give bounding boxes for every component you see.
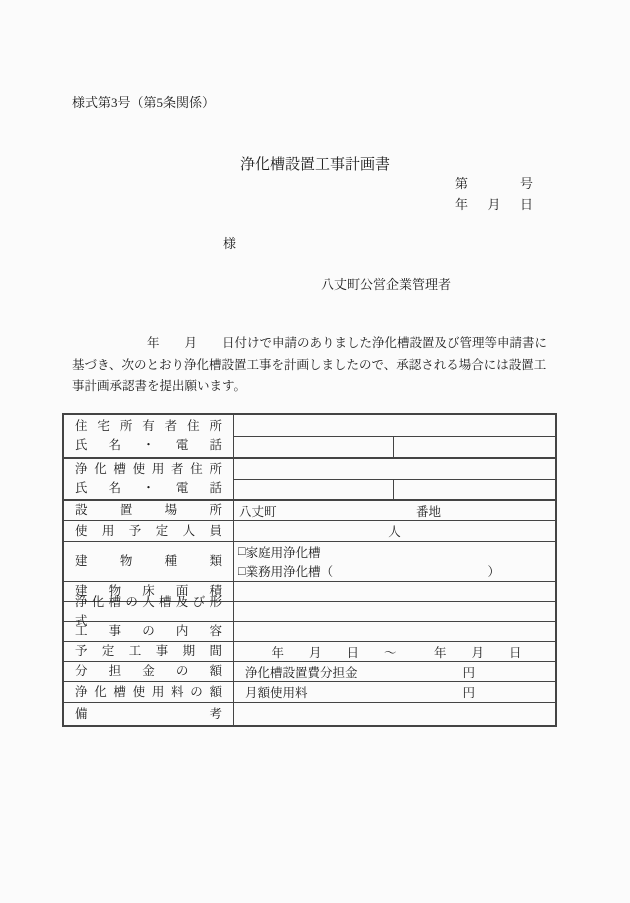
contribution-label: 分 担 金 の 額 xyxy=(64,662,234,681)
row-label-line: 浄 化 槽 使 用 料 の 額 xyxy=(75,683,222,702)
business-option-label: 業務用浄化槽（ xyxy=(246,562,334,580)
form-number-label: 様式第3号（第5条関係） xyxy=(72,95,215,110)
body-line: 年 月 日付けで申請のありました浄化槽設置及び管理等申請書に xyxy=(72,333,554,355)
business-checkbox-icon: □ xyxy=(238,564,246,579)
date-month-label: 月 xyxy=(487,197,500,212)
work-content-label: 工 事 の 内 容 xyxy=(64,622,234,641)
septic-user-label: 浄 化 槽 使 用 者 住 所 氏 名 ・ 電 話 xyxy=(64,459,234,499)
body-paragraph: 年 月 日付けで申請のありました浄化槽設置及び管理等申請書に 基づき、次のとおり… xyxy=(72,333,554,398)
table-row-usage-fee: 浄 化 槽 使 用 料 の 額 月額使用料 円 xyxy=(64,681,555,702)
table-row-tank-capacity-type: 浄 化 槽 の 人 槽 及 び 形 式 xyxy=(64,601,555,621)
building-type-options: □ 家庭用浄化槽 □ 業務用浄化槽（ ） xyxy=(234,542,555,581)
septic-user-fields xyxy=(234,459,555,499)
household-option: □ 家庭用浄化槽 xyxy=(234,542,555,562)
issuer-name: 八丈町公営企業管理者 xyxy=(321,277,451,292)
row-label-line: 備 考 xyxy=(75,705,222,724)
building-type-label: 建 物 種 類 xyxy=(64,542,234,581)
usage-fee-label: 浄 化 槽 使 用 料 の 額 xyxy=(64,682,234,702)
yen-unit-label: 円 xyxy=(462,683,475,701)
date-day-label: 日 xyxy=(520,197,533,212)
table-row-building-type: 建 物 種 類 □ 家庭用浄化槽 □ 業務用浄化槽（ ） xyxy=(64,541,555,581)
doc-number-line: 第 号 xyxy=(455,176,533,191)
tank-capacity-type-label: 浄 化 槽 の 人 槽 及 び 形 式 xyxy=(64,602,234,621)
monthly-fee-label: 月額使用料 xyxy=(245,683,308,701)
location-lot-suffix: 番地 xyxy=(416,502,441,520)
install-location-label: 設 置 場 所 xyxy=(64,501,234,520)
work-period-label: 予 定 工 事 期 間 xyxy=(64,642,234,661)
row-label-line: 浄 化 槽 使 用 者 住 所 xyxy=(75,460,222,479)
user-name-field xyxy=(234,480,394,500)
housing-owner-label: 住 宅 所 有 者 住 所 氏 名 ・ 電 話 xyxy=(64,415,234,457)
floor-area-field xyxy=(234,582,555,601)
body-line: 基づき、次のとおり浄化槽設置工事を計画しましたので、承認される場合には設置工 xyxy=(72,355,554,377)
table-row-planned-users: 使 用 予 定 人 員 人 xyxy=(64,520,555,541)
row-label-line: 設 置 場 所 xyxy=(75,501,222,520)
row-label-line: 使 用 予 定 人 員 xyxy=(75,522,222,541)
document-title: 浄化槽設置工事計画書 xyxy=(0,153,630,174)
planned-users-value: 人 xyxy=(234,521,555,541)
document-page: { "colors": { "text": "#1c1c1c", "border… xyxy=(0,0,630,903)
row-label-line: 予 定 工 事 期 間 xyxy=(75,642,222,661)
tank-capacity-type-field xyxy=(234,602,555,621)
date-line: 年 月 日 xyxy=(455,197,533,212)
table-row-work-content: 工 事 の 内 容 xyxy=(64,621,555,641)
plan-table: 住 宅 所 有 者 住 所 氏 名 ・ 電 話 浄 化 槽 使 用 者 住 所 … xyxy=(62,413,557,727)
addressee-honorific: 様 xyxy=(223,236,236,251)
table-row-remarks: 備 考 xyxy=(64,702,555,725)
table-row-work-period: 予 定 工 事 期 間 年 月 日 ～ 年 月 日 xyxy=(64,641,555,661)
usage-fee-value: 月額使用料 円 xyxy=(234,682,555,702)
yen-unit-label: 円 xyxy=(462,663,475,681)
owner-name-phone-row xyxy=(234,437,555,458)
doc-number-prefix: 第 xyxy=(455,176,468,191)
remarks-field xyxy=(234,703,555,725)
household-checkbox-icon: □ xyxy=(238,544,246,559)
contribution-value: 浄化槽設置費分担金 円 xyxy=(234,662,555,681)
work-period-value: 年 月 日 ～ 年 月 日 xyxy=(234,642,555,661)
table-row-septic-user: 浄 化 槽 使 用 者 住 所 氏 名 ・ 電 話 xyxy=(64,457,555,499)
owner-name-field xyxy=(234,437,394,458)
contribution-fee-label: 浄化槽設置費分担金 xyxy=(245,663,358,681)
planned-users-label: 使 用 予 定 人 員 xyxy=(64,521,234,541)
owner-phone-field xyxy=(394,437,555,458)
user-name-phone-row xyxy=(234,480,555,500)
household-option-label: 家庭用浄化槽 xyxy=(246,543,321,561)
date-year-label: 年 xyxy=(455,197,468,212)
row-label-line: 住 宅 所 有 者 住 所 xyxy=(75,417,222,436)
user-address-field xyxy=(234,459,555,480)
install-location-value: 八丈町 番地 xyxy=(234,501,555,520)
table-row-install-location: 設 置 場 所 八丈町 番地 xyxy=(64,499,555,520)
location-town-prefix: 八丈町 xyxy=(239,502,277,520)
housing-owner-fields xyxy=(234,415,555,457)
row-label-line: 工 事 の 内 容 xyxy=(75,622,222,641)
row-label-line: 建 物 種 類 xyxy=(75,552,222,571)
body-line: 事計画承認書を提出願います。 xyxy=(72,376,554,398)
owner-address-field xyxy=(234,415,555,437)
persons-unit-label: 人 xyxy=(388,522,401,540)
row-label-line: 氏 名 ・ 電 話 xyxy=(75,479,222,498)
row-label-line: 分 担 金 の 額 xyxy=(75,662,222,681)
table-row-contribution: 分 担 金 の 額 浄化槽設置費分担金 円 xyxy=(64,661,555,681)
work-content-field xyxy=(234,622,555,641)
user-phone-field xyxy=(394,480,555,500)
row-label-line: 氏 名 ・ 電 話 xyxy=(75,436,222,455)
table-row-housing-owner: 住 宅 所 有 者 住 所 氏 名 ・ 電 話 xyxy=(64,415,555,457)
doc-number-suffix: 号 xyxy=(520,176,533,191)
remarks-label: 備 考 xyxy=(64,703,234,725)
business-paren-close: ） xyxy=(487,562,500,580)
business-option: □ 業務用浄化槽（ ） xyxy=(234,562,555,582)
